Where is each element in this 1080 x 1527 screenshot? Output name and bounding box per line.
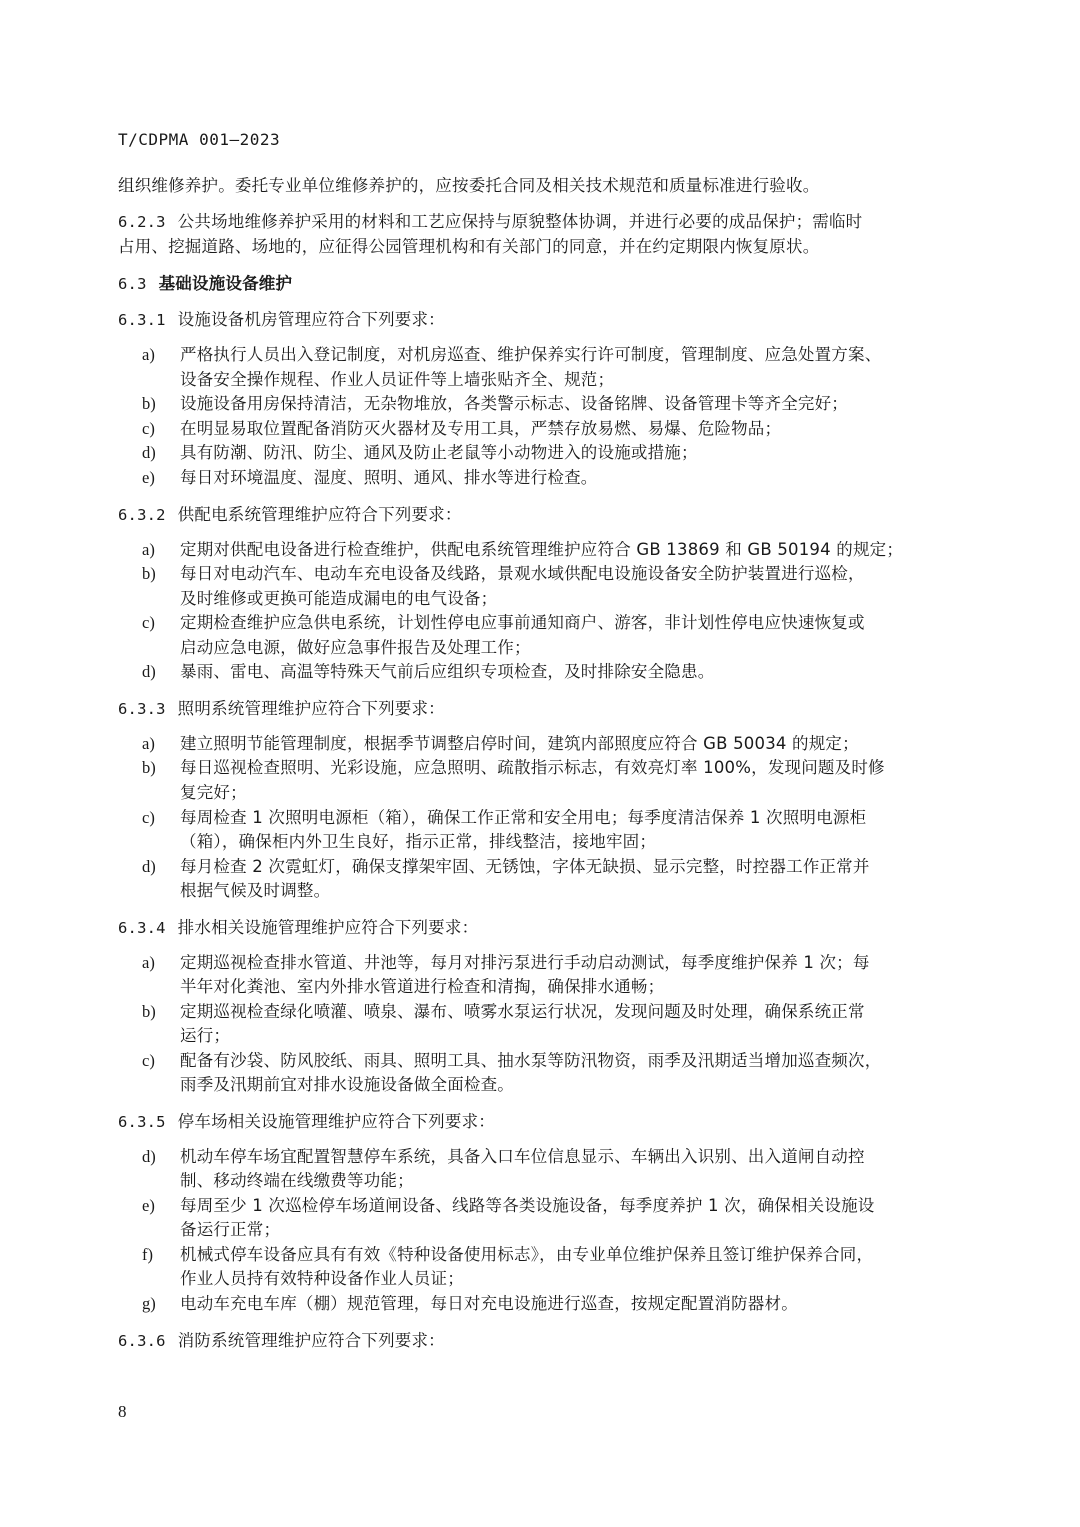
list-label: b) [142,757,156,779]
clause-6-3-6: 6.3.6消防系统管理维护应符合下列要求： [118,1330,445,1352]
list-label: d) [142,1146,156,1168]
list-item-text: 每日对环境温度、湿度、照明、通风、排水等进行检查。 [180,467,598,489]
list-item-text: 每周检查 1 次照明电源柜（箱），确保工作正常和安全用电；每季度清洁保养 1 次… [180,807,866,829]
clause-title: 消防系统管理维护应符合下列要求： [178,1331,445,1350]
section-heading-6-3: 6.3基础设施设备维护 [118,273,292,295]
list-item-text: 作业人员持有效特种设备作业人员证； [180,1268,464,1290]
clause-6-2-3: 6.2.3公共场地维修养护采用的材料和工艺应保持与原貌整体协调，并进行必要的成品… [118,211,862,233]
clause-6-3-3: 6.3.3照明系统管理维护应符合下列要求： [118,698,445,720]
list-item-text: 严格执行人员出入登记制度，对机房巡查、维护保养实行许可制度，管理制度、应急处置方… [180,344,881,366]
list-label: f) [142,1244,153,1266]
clause-title: 排水相关设施管理维护应符合下列要求： [178,918,479,937]
clause-title: 照明系统管理维护应符合下列要求： [178,699,445,718]
list-item-text: 每日巡视检查照明、光彩设施，应急照明、疏散指示标志，有效亮灯率 100%，发现问… [180,757,885,779]
list-item-text: 启动应急电源，做好应急事件报告及处理工作； [180,637,531,659]
clause-title: 停车场相关设施管理维护应符合下列要求： [178,1112,495,1131]
clause-number: 6.3.4 [118,917,166,939]
page-number: 8 [118,1402,127,1422]
list-item-text: （箱），确保柜内外卫生良好，指示正常，排线整洁，接地牢固； [180,831,656,853]
list-item-text: 设施设备用房保持清洁，无杂物堆放，各类警示标志、设备铭牌、设备管理卡等齐全完好； [180,393,848,415]
clause-number: 6.2.3 [118,211,166,233]
clause-6-3-5: 6.3.5停车场相关设施管理维护应符合下列要求： [118,1111,495,1133]
section-title: 基础设施设备维护 [159,274,293,293]
list-item-text: 复完好； [180,782,247,804]
list-label: a) [142,539,155,561]
list-item-text: 每日对电动汽车、电动车充电设备及线路，景观水域供配电设施设备安全防护装置进行巡检… [180,563,865,585]
list-item-text: 暴雨、雷电、高温等特殊天气前后应组织专项检查，及时排除安全隐患。 [180,661,714,683]
list-item-text: 定期巡视检查绿化喷灌、喷泉、瀑布、喷雾水泵运行状况，发现问题及时处理，确保系统正… [180,1001,865,1023]
list-label: b) [142,393,156,415]
paragraph-line: 组织维修养护。委托专业单位维修养护的，应按委托合同及相关技术规范和质量标准进行验… [118,175,819,197]
list-label: a) [142,344,155,366]
list-label: a) [142,952,155,974]
list-label: d) [142,856,156,878]
list-item-text: 每周至少 1 次巡检停车场道闸设备、线路等各类设施设备，每季度养护 1 次，确保… [180,1195,874,1217]
list-label: e) [142,467,155,489]
list-item-text: 机动车停车场宜配置智慧停车系统，具备入口车位信息显示、车辆出入识别、出入道闸自动… [180,1146,865,1168]
clause-number: 6.3.3 [118,698,166,720]
list-item-text: 电动车充电车库（棚）规范管理，每日对充电设施进行巡查，按规定配置消防器材。 [180,1293,798,1315]
clause-6-3-1: 6.3.1设施设备机房管理应符合下列要求： [118,309,445,331]
list-item-text: 根据气候及时调整。 [180,880,330,902]
clause-6-3-2: 6.3.2供配电系统管理维护应符合下列要求： [118,504,462,526]
list-item-text: 定期对供配电设备进行检查维护，供配电系统管理维护应符合 GB 13869 和 G… [180,539,903,561]
list-item-text: 建立照明节能管理制度，根据季节调整启停时间，建筑内部照度应符合 GB 50034… [180,733,859,755]
list-item-text: 运行； [180,1025,230,1047]
clause-title: 设施设备机房管理应符合下列要求： [178,310,445,329]
list-item-text: 及时维修或更换可能造成漏电的电气设备； [180,588,497,610]
list-item-text: 在明显易取位置配备消防灭火器材及专用工具，严禁存放易燃、易爆、危险物品； [180,418,781,440]
list-item-text: 设备安全操作规程、作业人员证件等上墙张贴齐全、规范； [180,369,614,391]
list-item-text: 雨季及汛期前宜对排水设施设备做全面检查。 [180,1074,514,1096]
list-label: g) [142,1293,156,1315]
list-label: e) [142,1195,155,1217]
clause-number: 6.3.1 [118,309,166,331]
paragraph-line: 占用、挖掘道路、场地的，应征得公园管理机构和有关部门的同意，并在约定期限内恢复原… [118,236,819,258]
list-label: d) [142,442,156,464]
list-item-text: 每月检查 2 次霓虹灯，确保支撑架牢固、无锈蚀，字体无缺损、显示完整，时控器工作… [180,856,870,878]
clause-number: 6.3.5 [118,1111,166,1133]
document-code-header: T/CDPMA 001—2023 [118,129,280,151]
list-item-text: 备运行正常； [180,1219,280,1241]
list-item-text: 机械式停车设备应具有有效《特种设备使用标志》，由专业单位维护保养且签订维护保养合… [180,1244,873,1266]
list-item-text: 定期检查维护应急供电系统，计划性停电应事前通知商户、游客，非计划性停电应快速恢复… [180,612,865,634]
list-label: a) [142,733,155,755]
list-item-text: 半年对化粪池、室内外排水管道进行检查和清掏，确保排水通畅； [180,976,664,998]
list-item-text: 定期巡视检查排水管道、井池等，每月对排污泵进行手动启动测试，每季度维护保养 1 … [180,952,870,974]
list-label: c) [142,612,155,634]
clause-text: 公共场地维修养护采用的材料和工艺应保持与原貌整体协调，并进行必要的成品保护；需临… [178,212,863,231]
list-label: d) [142,661,156,683]
clause-6-3-4: 6.3.4排水相关设施管理维护应符合下列要求： [118,917,478,939]
clause-number: 6.3.6 [118,1330,166,1352]
list-label: b) [142,1001,156,1023]
list-item-text: 制、移动终端在线缴费等功能； [180,1170,414,1192]
clause-number: 6.3.2 [118,504,166,526]
list-label: b) [142,563,156,585]
section-number: 6.3 [118,273,147,295]
list-label: c) [142,1050,155,1072]
list-label: c) [142,807,155,829]
list-item-text: 具有防潮、防汛、防尘、通风及防止老鼠等小动物进入的设施或措施； [180,442,698,464]
clause-title: 供配电系统管理维护应符合下列要求： [178,505,462,524]
list-item-text: 配备有沙袋、防风胶纸、雨具、照明工具、抽水泵等防汛物资，雨季及汛期适当增加巡查频… [180,1050,881,1072]
list-label: c) [142,418,155,440]
